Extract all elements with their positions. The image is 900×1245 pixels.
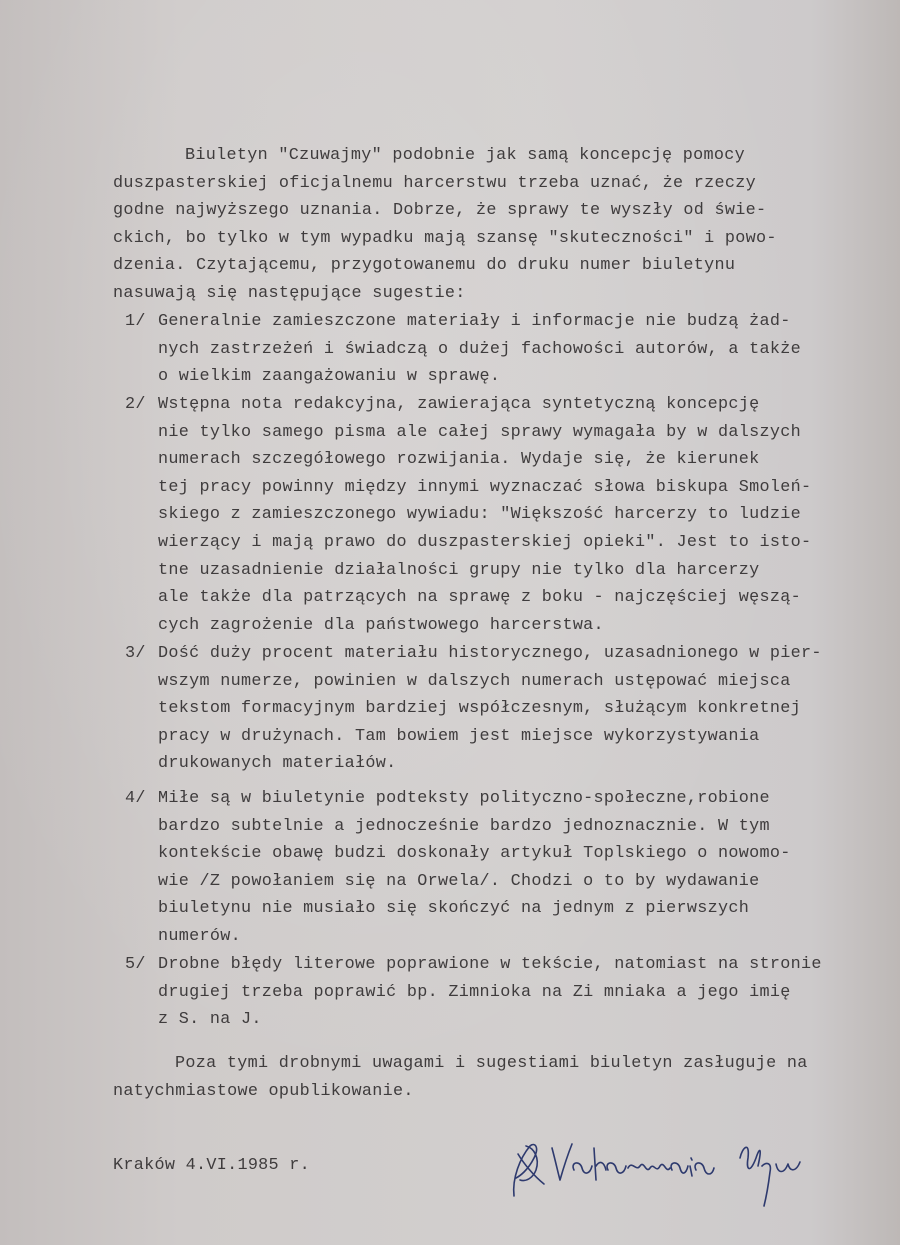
text-line: skiego z zamieszczonego wywiadu: "Większ… — [158, 505, 801, 525]
text-line: numerach szczegółowego rozwijania. Wydaj… — [158, 450, 759, 470]
text-line: wszym numerze, powinien w dalszych numer… — [158, 672, 791, 692]
text-line: kontekście obawę budzi doskonały artykuł… — [158, 844, 791, 864]
text-line: Biuletyn "Czuwajmy" podobnie jak samą ko… — [185, 146, 745, 166]
text-line: Drobne błędy literowe poprawione w tekśc… — [158, 955, 822, 975]
text-line: biuletynu nie musiało się skończyć na je… — [158, 899, 749, 919]
list-number: 3/ — [125, 644, 146, 664]
text-line: godne najwyższego uznania. Dobrze, że sp… — [113, 201, 766, 221]
text-line: cych zagrożenie dla państwowego harcerst… — [158, 616, 604, 636]
place-date: Kraków 4.VI.1985 r. — [113, 1156, 310, 1176]
text-line: wie /Z powołaniem się na Orwela/. Chodzi… — [158, 872, 759, 892]
text-line: numerów. — [158, 927, 241, 947]
text-line: pracy w drużynach. Tam bowiem jest miejs… — [158, 727, 759, 747]
text-line: z S. na J. — [158, 1010, 262, 1030]
text-line: Generalnie zamieszczone materiały i info… — [158, 312, 791, 332]
text-line: drukowanych materiałów. — [158, 754, 397, 774]
list-number: 4/ — [125, 789, 146, 809]
text-line: Dość duży procent materiału historyczneg… — [158, 644, 822, 664]
text-line: wierzący i mają prawo do duszpasterskiej… — [158, 533, 811, 553]
text-line: Miłe są w biuletynie podteksty polityczn… — [158, 789, 770, 809]
text-line: ale także dla patrzących na sprawę z bok… — [158, 588, 801, 608]
text-line: drugiej trzeba poprawić bp. Zimnioka na … — [158, 983, 791, 1003]
text-line: Poza tymi drobnymi uwagami i sugestiami … — [175, 1054, 808, 1074]
text-line: o wielkim zaangażowaniu w sprawę. — [158, 367, 500, 387]
text-line: nasuwają się następujące sugestie: — [113, 284, 466, 304]
list-number: 5/ — [125, 955, 146, 975]
text-line: dzenia. Czytającemu, przygotowanemu do d… — [113, 256, 735, 276]
text-line: tne uzasadnienie działalności grupy nie … — [158, 561, 759, 581]
text-line: natychmiastowe opublikowanie. — [113, 1082, 414, 1102]
text-line: bardzo subtelnie a jednocześnie bardzo j… — [158, 817, 770, 837]
text-line: tekstom formacyjnym bardziej współczesny… — [158, 699, 801, 719]
text-line: tej pracy powinny między innymi wyznacza… — [158, 478, 811, 498]
text-line: Wstępna nota redakcyjna, zawierająca syn… — [158, 395, 759, 415]
signature — [500, 1118, 830, 1208]
list-number: 2/ — [125, 395, 146, 415]
text-line: nych zastrzeżeń i świadczą o dużej facho… — [158, 340, 801, 360]
text-line: ckich, bo tylko w tym wypadku mają szans… — [113, 229, 777, 249]
list-number: 1/ — [125, 312, 146, 332]
text-line: nie tylko samego pisma ale całej sprawy … — [158, 423, 801, 443]
text-line: duszpasterskiej oficjalnemu harcerstwu t… — [113, 174, 756, 194]
